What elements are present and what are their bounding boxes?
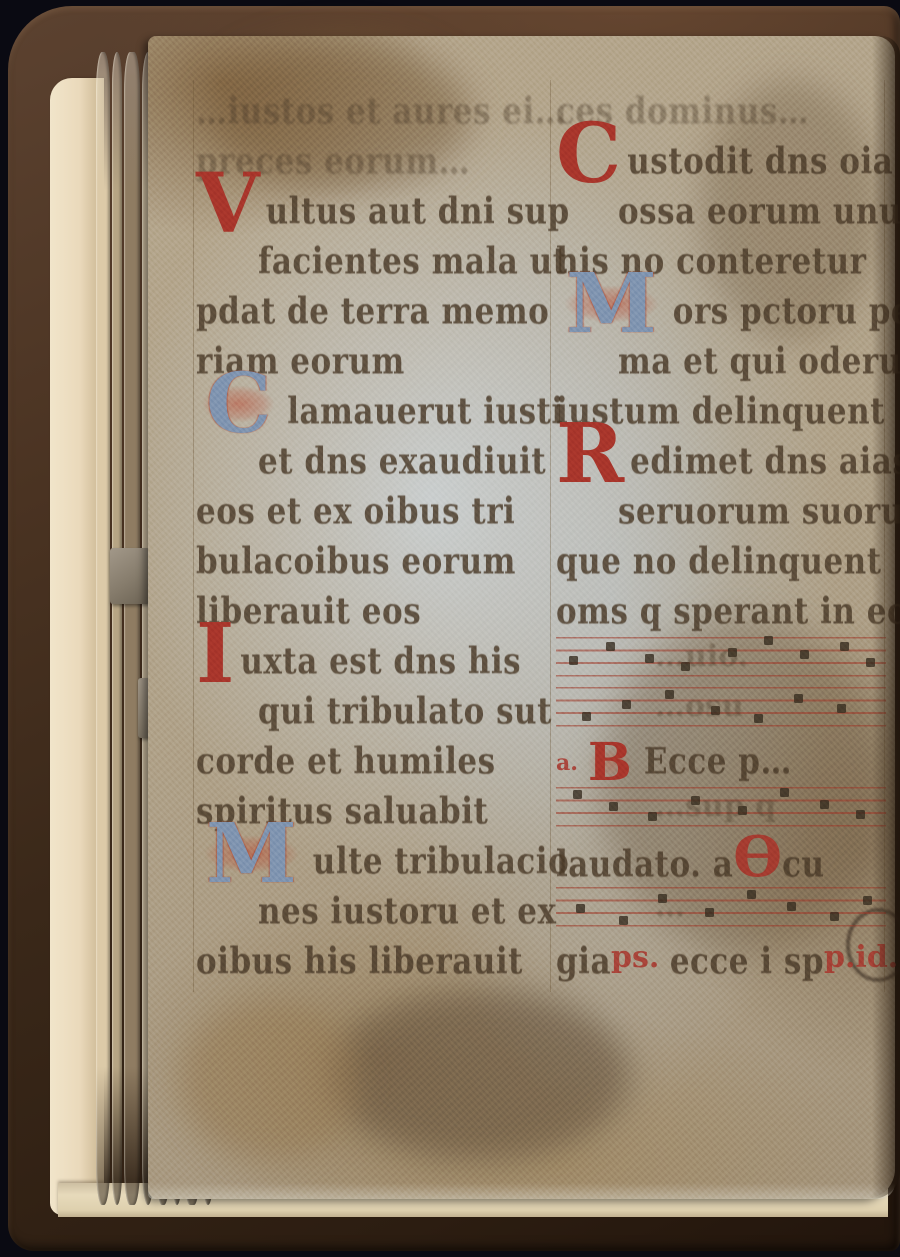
leaf-edge-strip (112, 52, 122, 1205)
gutter-shadow (872, 36, 900, 1199)
parchment-grain-overlay (148, 36, 895, 1199)
manuscript-photo: …iustos et aures ei…preces eorum…Vultus … (0, 0, 900, 1257)
leaf-edge-strip (96, 52, 110, 1205)
bookmark-tab (110, 548, 150, 604)
leaf-edge-strip (124, 52, 140, 1205)
